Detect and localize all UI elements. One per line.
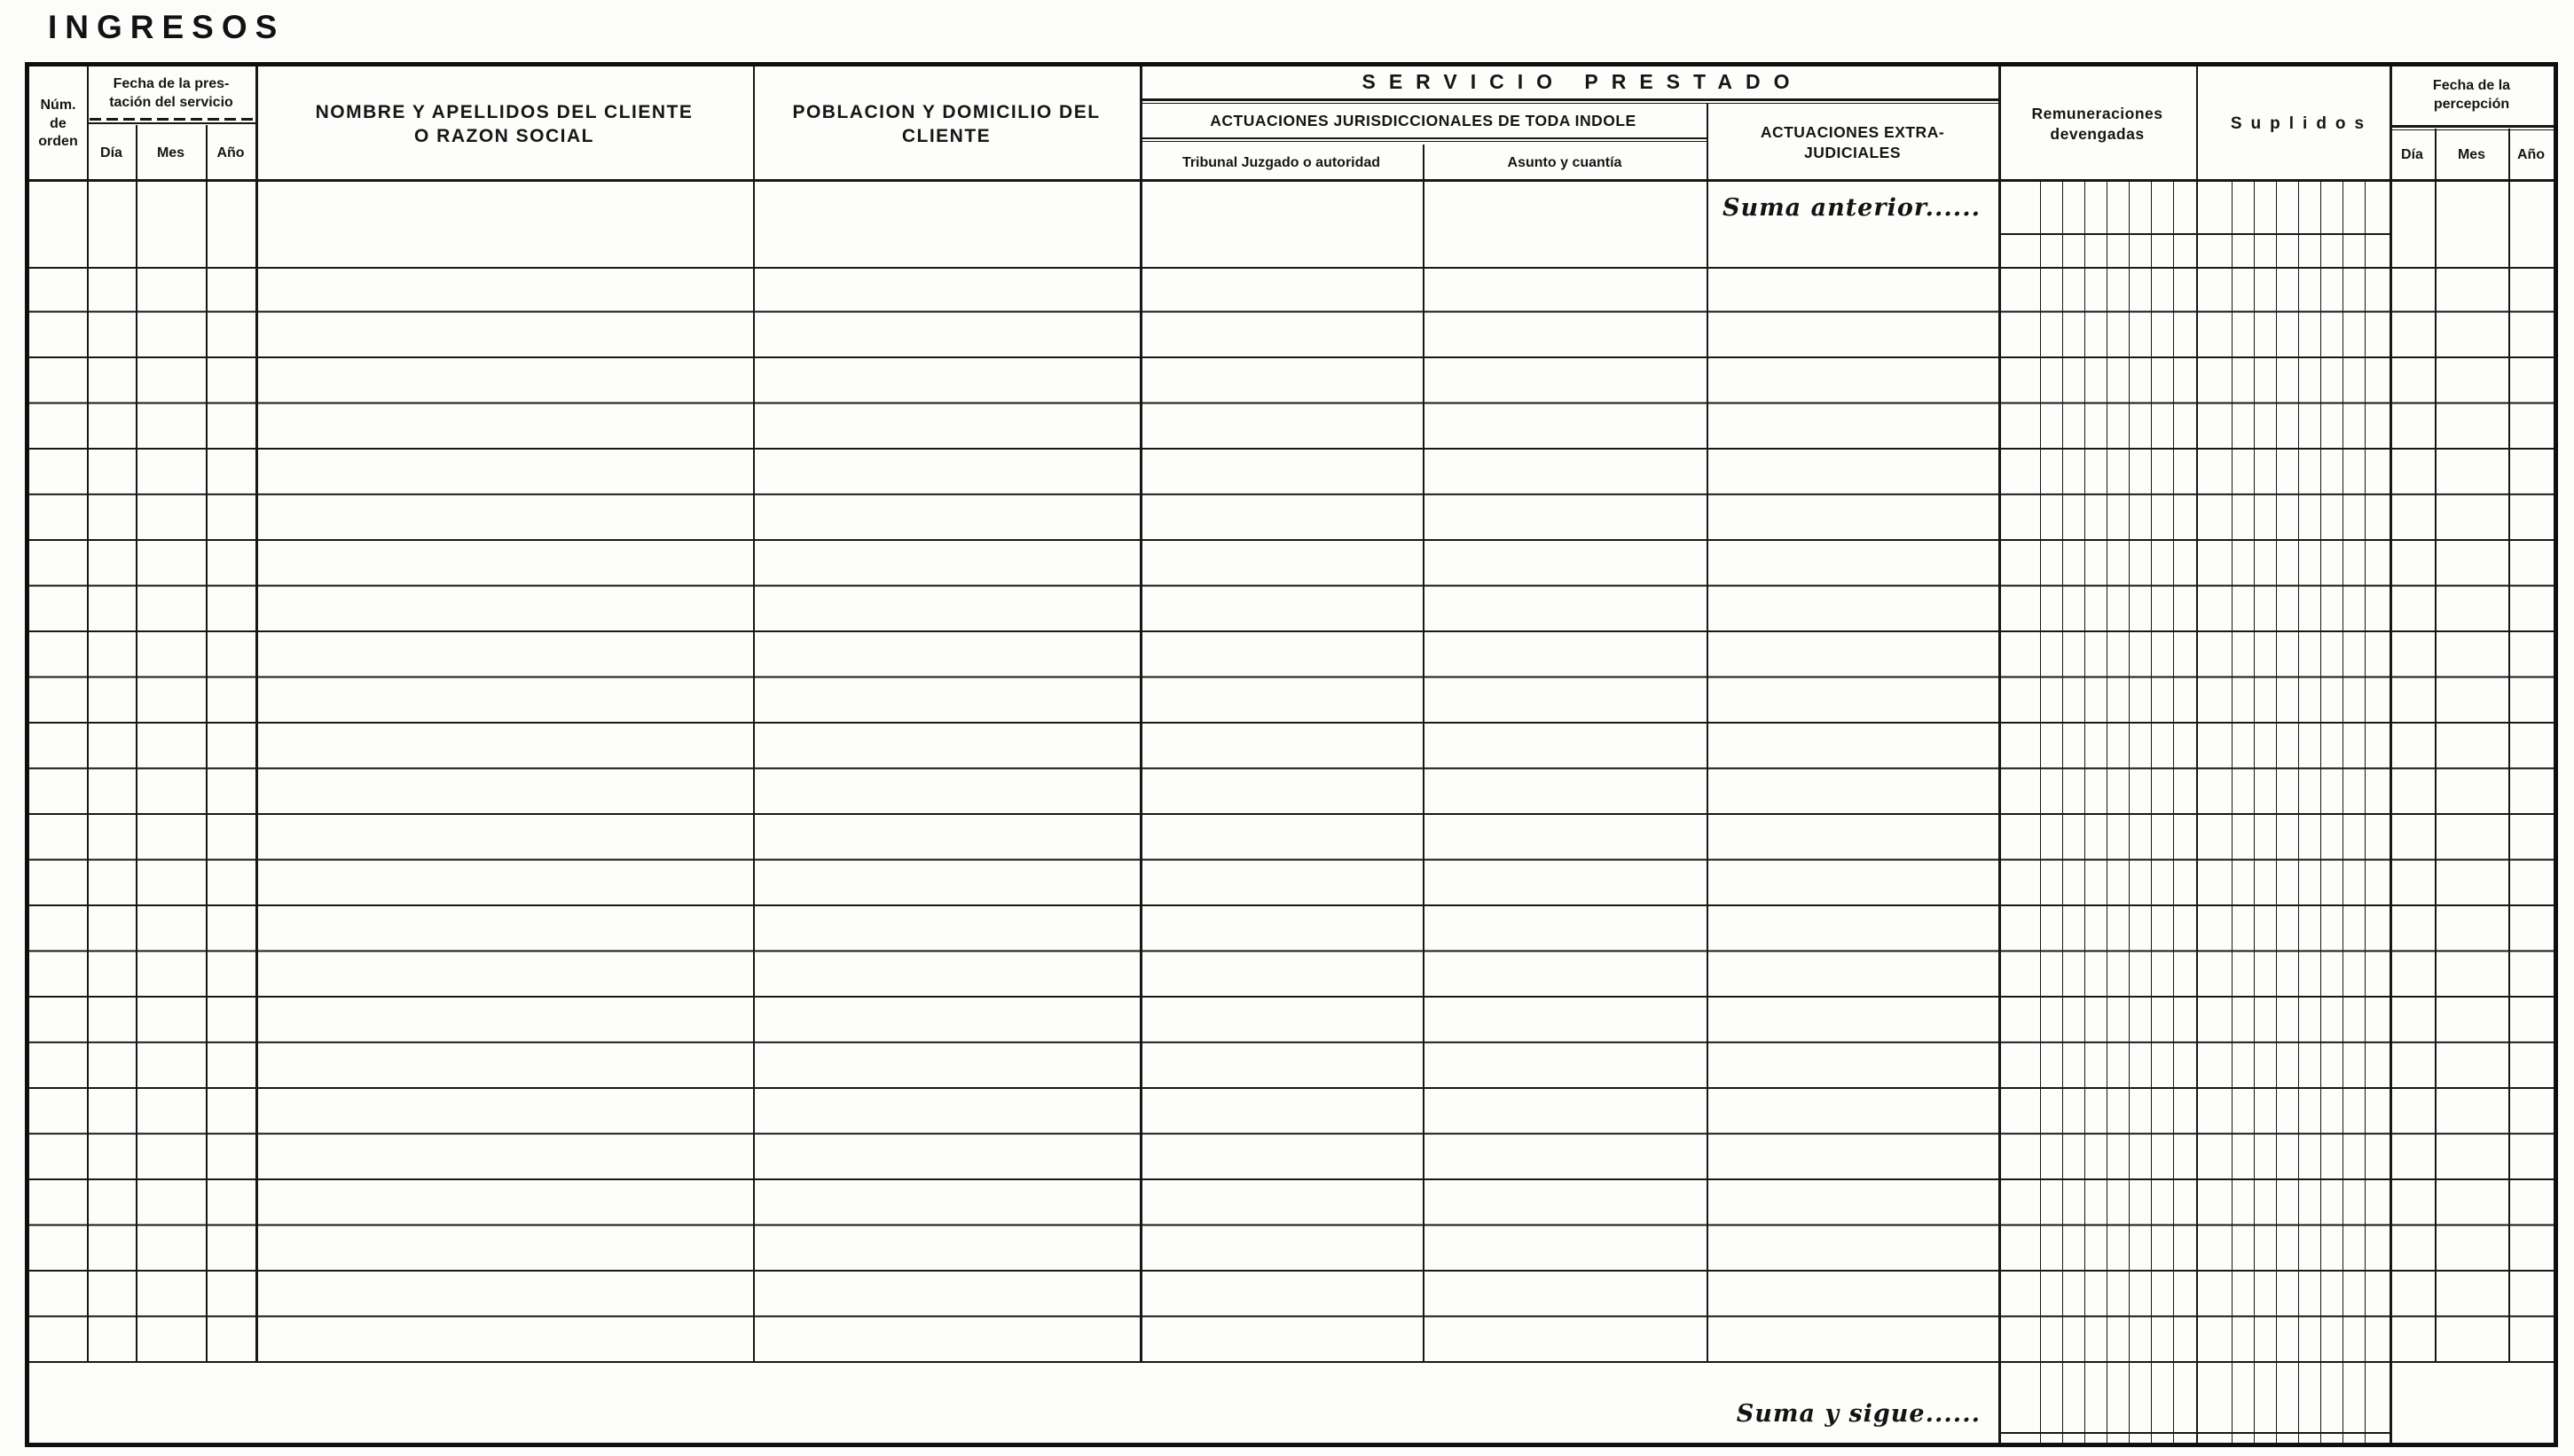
page-title: INGRESOS xyxy=(48,9,285,46)
header-asunto-cuantia: Asunto y cuantía xyxy=(1423,145,1707,182)
double-rule-jurisdiccionales xyxy=(1140,137,1707,139)
header-actuaciones-jurisdiccionales: ACTUACIONES JURISDICCIONALES DE TODA IND… xyxy=(1140,104,1707,137)
double-rule-servicio-2 xyxy=(1140,103,1998,104)
header-suplidos: Suplidos xyxy=(2196,67,2398,182)
grid-vline-num-orden xyxy=(87,67,89,1363)
money-subline xyxy=(2151,182,2152,1443)
header-remuneraciones-devengadas: Remuneraciones devengadas xyxy=(1998,67,2196,182)
header-ano-percepcion: Año xyxy=(2508,129,2554,182)
suma-y-sigue-entry-line xyxy=(1998,1432,2390,1434)
money-subline xyxy=(2276,182,2277,1443)
rule-fecha-prestacion xyxy=(87,122,255,124)
money-subline xyxy=(2232,182,2233,1443)
grid-vline-asunto-extrajudiciales xyxy=(1707,104,1708,1363)
header-bottom-rule xyxy=(29,179,2554,182)
rule-fecha-percepcion xyxy=(2390,125,2554,128)
header-dia-prestacion: Día xyxy=(87,125,136,182)
header-nombre-cliente: NOMBRE Y APELLIDOS DEL CLIENTE O RAZON S… xyxy=(255,67,753,182)
header-num-orden: Núm. de orden xyxy=(29,67,87,182)
grid-vline-nombre-poblacion xyxy=(753,67,755,1363)
table-body-grid xyxy=(29,267,2554,1363)
header-ano-prestacion: Año xyxy=(206,125,255,182)
ingresos-table: Núm. de orden Fecha de la pres- tación d… xyxy=(25,62,2558,1447)
rule-fecha-percepcion-2 xyxy=(2390,129,2554,130)
header-servicio-prestado: SERVICIO PRESTADO xyxy=(1140,67,2012,98)
money-subline xyxy=(2129,182,2130,1443)
suma-anterior-label: Suma anterior...... xyxy=(1493,194,1981,230)
money-subline xyxy=(2040,182,2041,1443)
money-subline xyxy=(2173,182,2174,1443)
grid-vline-poblacion-servicio xyxy=(1140,67,1142,1363)
double-rule-jurisdiccionales-2 xyxy=(1140,141,1707,142)
money-subline xyxy=(2107,182,2107,1443)
money-subline xyxy=(2320,182,2321,1443)
grid-vline-remuneraciones xyxy=(1998,67,2001,1443)
double-rule-servicio xyxy=(1140,98,1998,101)
money-subline xyxy=(2342,182,2343,1443)
grid-vline-remuneraciones-suplidos xyxy=(2196,67,2198,1443)
header-dia-percepcion: Día xyxy=(2390,129,2435,182)
grid-vline-suplidos-fecha xyxy=(2390,67,2392,1443)
header-tribunal-juzgado: Tribunal Juzgado o autoridad xyxy=(1140,145,1423,182)
grid-vline-mes1 xyxy=(206,125,208,1363)
suma-anterior-entry-line xyxy=(1998,233,2390,235)
header-actuaciones-extrajudiciales: ACTUACIONES EXTRA- JUDICIALES xyxy=(1707,104,1998,182)
header-fecha-percepcion: Fecha de la percepción xyxy=(2390,67,2554,125)
header-mes-prestacion: Mes xyxy=(136,125,206,182)
grid-vline-tribunal-asunto xyxy=(1423,145,1424,1363)
suma-y-sigue-label: Suma y sigue...... xyxy=(1493,1400,1981,1436)
header-fecha-prestacion: Fecha de la pres- tación del servicio xyxy=(87,67,255,121)
money-subline xyxy=(2365,182,2366,1443)
grid-vline-fecha-nombre xyxy=(255,67,258,1363)
grid-vline-mes2 xyxy=(2508,129,2510,1363)
header-poblacion-domicilio: POBLACION Y DOMICILIO DEL CLIENTE xyxy=(753,67,1140,182)
header-mes-percepcion: Mes xyxy=(2435,129,2508,182)
grid-vline-dia2 xyxy=(2435,129,2437,1363)
money-subline xyxy=(2254,182,2255,1443)
money-subline xyxy=(2084,182,2085,1443)
money-subline xyxy=(2298,182,2299,1443)
scanned-ledger-page: INGRESOS Núm. de orden Fecha de la pres-… xyxy=(0,0,2574,1456)
grid-vline-dia1 xyxy=(136,125,137,1363)
scratch-rule-fecha-prestacion xyxy=(90,118,254,121)
money-subline xyxy=(2062,182,2063,1443)
